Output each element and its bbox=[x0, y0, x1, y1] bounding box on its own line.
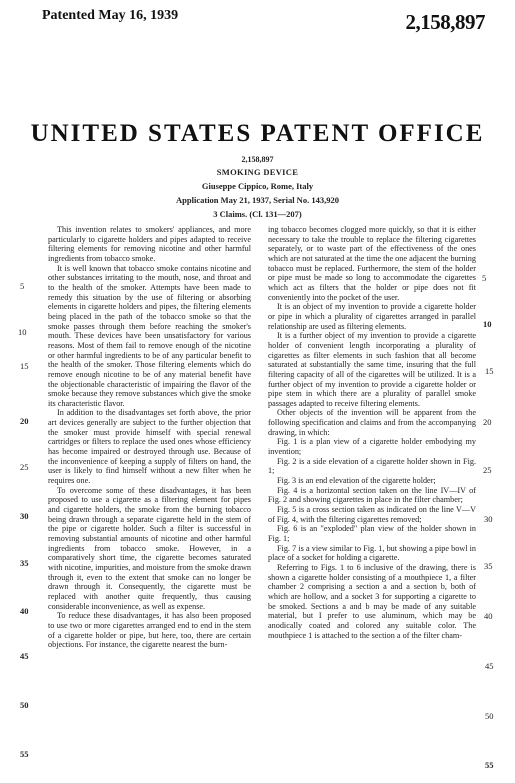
paragraph: This invention relates to smokers' appli… bbox=[48, 225, 251, 264]
line-number: 45 bbox=[20, 651, 29, 661]
line-number: 30 bbox=[20, 511, 29, 521]
line-number: 50 bbox=[20, 700, 29, 710]
paragraph: To overcome some of these disadvantages,… bbox=[48, 486, 251, 612]
paragraph: To reduce these disadvantages, it has al… bbox=[48, 611, 251, 650]
line-number: 55 bbox=[485, 760, 494, 770]
line-number: 10 bbox=[483, 319, 492, 329]
paragraph: It is an object of my invention to provi… bbox=[268, 302, 476, 331]
line-number: 45 bbox=[485, 661, 494, 671]
right-column: ing tobacco becomes clogged more quickly… bbox=[268, 225, 476, 640]
paragraph: ing tobacco becomes clogged more quickly… bbox=[268, 225, 476, 302]
paragraph: Fig. 5 is a cross section taken as indic… bbox=[268, 505, 476, 524]
line-number: 15 bbox=[485, 366, 494, 376]
invention-title: SMOKING DEVICE bbox=[0, 167, 515, 177]
patent-number: 2,158,897 bbox=[406, 10, 486, 35]
line-number: 30 bbox=[484, 514, 493, 524]
line-number: 25 bbox=[483, 465, 492, 475]
line-number: 20 bbox=[483, 417, 492, 427]
line-number: 10 bbox=[18, 327, 27, 337]
line-number: 35 bbox=[20, 558, 29, 568]
inventor: Giuseppe Cippico, Rome, Italy bbox=[0, 181, 515, 191]
line-number: 40 bbox=[20, 606, 29, 616]
claims-info: 3 Claims. (Cl. 131—207) bbox=[0, 209, 515, 219]
paragraph: Fig. 6 is an "exploded" plan view of the… bbox=[268, 524, 476, 543]
line-number: 25 bbox=[20, 462, 29, 472]
paragraph: Fig. 2 is a side elevation of a cigarett… bbox=[268, 457, 476, 476]
left-column: This invention relates to smokers' appli… bbox=[48, 225, 251, 650]
patented-date: Patented May 16, 1939 bbox=[42, 8, 178, 24]
paragraph: It is well known that tobacco smoke cont… bbox=[48, 264, 251, 409]
line-number: 15 bbox=[20, 361, 29, 371]
meta-patent-number: 2,158,897 bbox=[0, 155, 515, 164]
line-number: 5 bbox=[20, 281, 24, 291]
line-number: 35 bbox=[484, 561, 493, 571]
paragraph: Referring to Figs. 1 to 6 inclusive of t… bbox=[268, 563, 476, 640]
line-number: 50 bbox=[485, 711, 494, 721]
paragraph: Fig. 7 is a view similar to Fig. 1, but … bbox=[268, 544, 476, 563]
application-info: Application May 21, 1937, Serial No. 143… bbox=[0, 195, 515, 205]
line-number: 5 bbox=[482, 273, 486, 283]
line-number: 40 bbox=[484, 611, 493, 621]
paragraph: Other objects of the invention will be a… bbox=[268, 408, 476, 437]
office-title: UNITED STATES PATENT OFFICE bbox=[0, 120, 515, 148]
line-number: 55 bbox=[20, 749, 29, 759]
line-number: 20 bbox=[20, 416, 29, 426]
paragraph: In addition to the disadvantages set for… bbox=[48, 408, 251, 485]
paragraph: Fig. 3 is an end elevation of the cigare… bbox=[268, 476, 476, 486]
paragraph: It is a further object of my invention t… bbox=[268, 331, 476, 408]
paragraph: Fig. 4 is a horizontal section taken on … bbox=[268, 486, 476, 505]
paragraph: Fig. 1 is a plan view of a cigarette hol… bbox=[268, 437, 476, 456]
